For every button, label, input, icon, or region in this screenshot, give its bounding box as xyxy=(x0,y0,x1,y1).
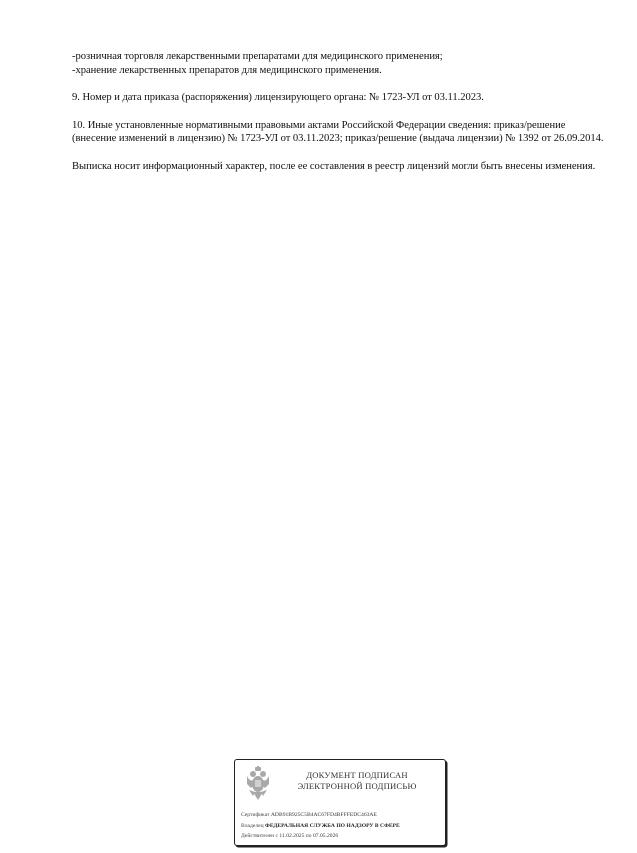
stamp-title: ДОКУМЕНТ ПОДПИСАН ЭЛЕКТРОННОЙ ПОДПИСЬЮ xyxy=(277,770,437,792)
spacer xyxy=(72,77,612,91)
document-body: -розничная торговля лекарственными препа… xyxy=(72,50,612,174)
owner-label: Владелец xyxy=(241,823,264,829)
certificate-label: Сертификат xyxy=(241,812,269,818)
valid-from-date: 11.02.2025 xyxy=(279,833,304,839)
stamp-title-line-2: ЭЛЕКТРОННОЙ ПОДПИСЬЮ xyxy=(277,781,437,792)
disclaimer-text: Выписка носит информационный характер, п… xyxy=(72,160,612,174)
item-10-other-info: 10. Иные установленные нормативными прав… xyxy=(72,119,612,146)
valid-to-label: по xyxy=(306,833,312,839)
activity-storage-line: -хранение лекарственных препаратов для м… xyxy=(72,64,612,78)
electronic-signature-stamp: ДОКУМЕНТ ПОДПИСАН ЭЛЕКТРОННОЙ ПОДПИСЬЮ С… xyxy=(234,759,446,846)
stamp-title-line-1: ДОКУМЕНТ ПОДПИСАН xyxy=(277,770,437,781)
russian-coat-of-arms-icon xyxy=(245,766,271,802)
owner-line: Владелец ФЕДЕРАЛЬНАЯ СЛУЖБА ПО НАДЗОРУ В… xyxy=(241,823,400,830)
certificate-line: Сертификат ADB91B925C5B4AC67FD4BFFFEDC46… xyxy=(241,812,377,819)
valid-from-label: Действителен с xyxy=(241,833,278,839)
owner-value: ФЕДЕРАЛЬНАЯ СЛУЖБА ПО НАДЗОРУ В СФЕРЕ xyxy=(265,823,400,829)
spacer xyxy=(72,105,612,119)
valid-to-date: 07.05.2026 xyxy=(313,833,338,839)
certificate-value: ADB91B925C5B4AC67FD4BFFFEDC463AE xyxy=(271,812,377,818)
spacer xyxy=(72,146,612,160)
validity-line: Действителен с 11.02.2025 по 07.05.2026 xyxy=(241,833,338,840)
activity-retail-line: -розничная торговля лекарственными препа… xyxy=(72,50,612,64)
item-9-order-number: 9. Номер и дата приказа (распоряжения) л… xyxy=(72,91,612,105)
